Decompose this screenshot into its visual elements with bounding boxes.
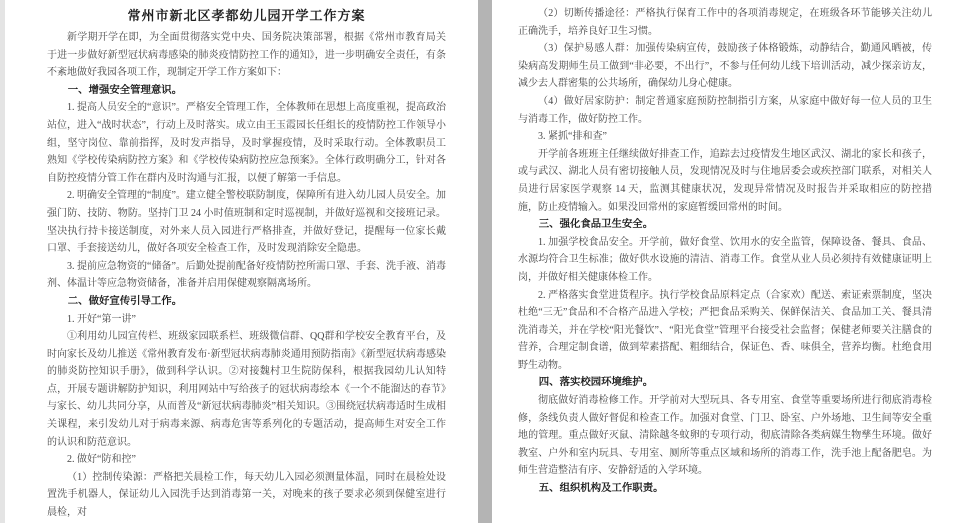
document-page-right: （2）切断传播途径：严格执行保育工作中的各项消毒规定，在班级各环节能够关注幼儿正… <box>492 0 960 498</box>
section-heading: 一、增强安全管理意识。 <box>47 82 446 100</box>
paragraph: 1. 提高人员安全的“意识”。严格安全管理工作，全体教师在思想上高度重视，提高政… <box>47 99 446 187</box>
paragraph: 2. 明确安全管理的“制度”。建立健全警校联防制度，保障所有进入幼儿园人员安全。… <box>47 187 446 257</box>
page-divider <box>478 0 492 523</box>
section-heading: 二、做好宣传引导工作。 <box>47 293 446 311</box>
paragraph: （2）切断传播途径：严格执行保育工作中的各项消毒规定，在班级各环节能够关注幼儿正… <box>518 5 932 40</box>
section-heading: 三、强化食品卫生安全。 <box>518 216 932 234</box>
paragraph: （3）保护易感人群：加强传染病宣传，鼓励孩子体格锻炼，动静结合，勤通风晒被，传染… <box>518 40 932 93</box>
paragraph: （4）做好居家防护：制定普通家庭预防控制指引方案，从家庭中做好每一位人员的卫生与… <box>518 93 932 128</box>
paragraph: 3. 提前应急物资的“储备”。后勤处提前配备好疫情防控所需口罩、手套、洗手液、消… <box>47 258 446 293</box>
document-viewer: 常州市新北区孝都幼儿园开学工作方案 新学期开学在即，为全面贯彻落实党中央、国务院… <box>0 0 960 523</box>
paragraph: 2. 严格落实食堂进货程序。执行学校食品原料定点（合家欢）配送、索证索票制度，坚… <box>518 287 932 375</box>
paragraph: 3. 紧抓“排和查” <box>518 128 932 146</box>
paragraph: ①利用幼儿园宣传栏、班级家园联系栏、班级微信群、QQ群和学校安全教育平台，及时向… <box>47 328 446 451</box>
paragraph: 2. 做好“防和控” <box>47 451 446 469</box>
paragraph: 1. 开好“第一讲” <box>47 311 446 329</box>
paragraph: 开学前各班班主任继续做好排查工作，追踪去过疫情发生地区武汉、湖北的家长和孩子，或… <box>518 146 932 216</box>
paragraph: 新学期开学在即，为全面贯彻落实党中央、国务院决策部署，根据《常州市教育局关于进一… <box>47 29 446 82</box>
paragraph: 彻底做好消毒检修工作。开学前对大型玩具、各专用室、食堂等重要场所进行彻底消毒检修… <box>518 392 932 480</box>
section-heading: 四、落实校园环境维护。 <box>518 374 932 392</box>
paragraph: 1. 加强学校食品安全。开学前，做好食堂、饮用水的安全监管，保障设备、餐具、食品… <box>518 234 932 287</box>
document-title: 常州市新北区孝都幼儿园开学工作方案 <box>47 6 446 26</box>
document-page-left: 常州市新北区孝都幼儿园开学工作方案 新学期开学在即，为全面贯彻落实党中央、国务院… <box>5 0 478 522</box>
paragraph: （1）控制传染源：严格把关晨检工作，每天幼儿入园必须测量体温，同时在晨检处设置洗… <box>47 469 446 522</box>
section-heading: 五、组织机构及工作职责。 <box>518 480 932 498</box>
